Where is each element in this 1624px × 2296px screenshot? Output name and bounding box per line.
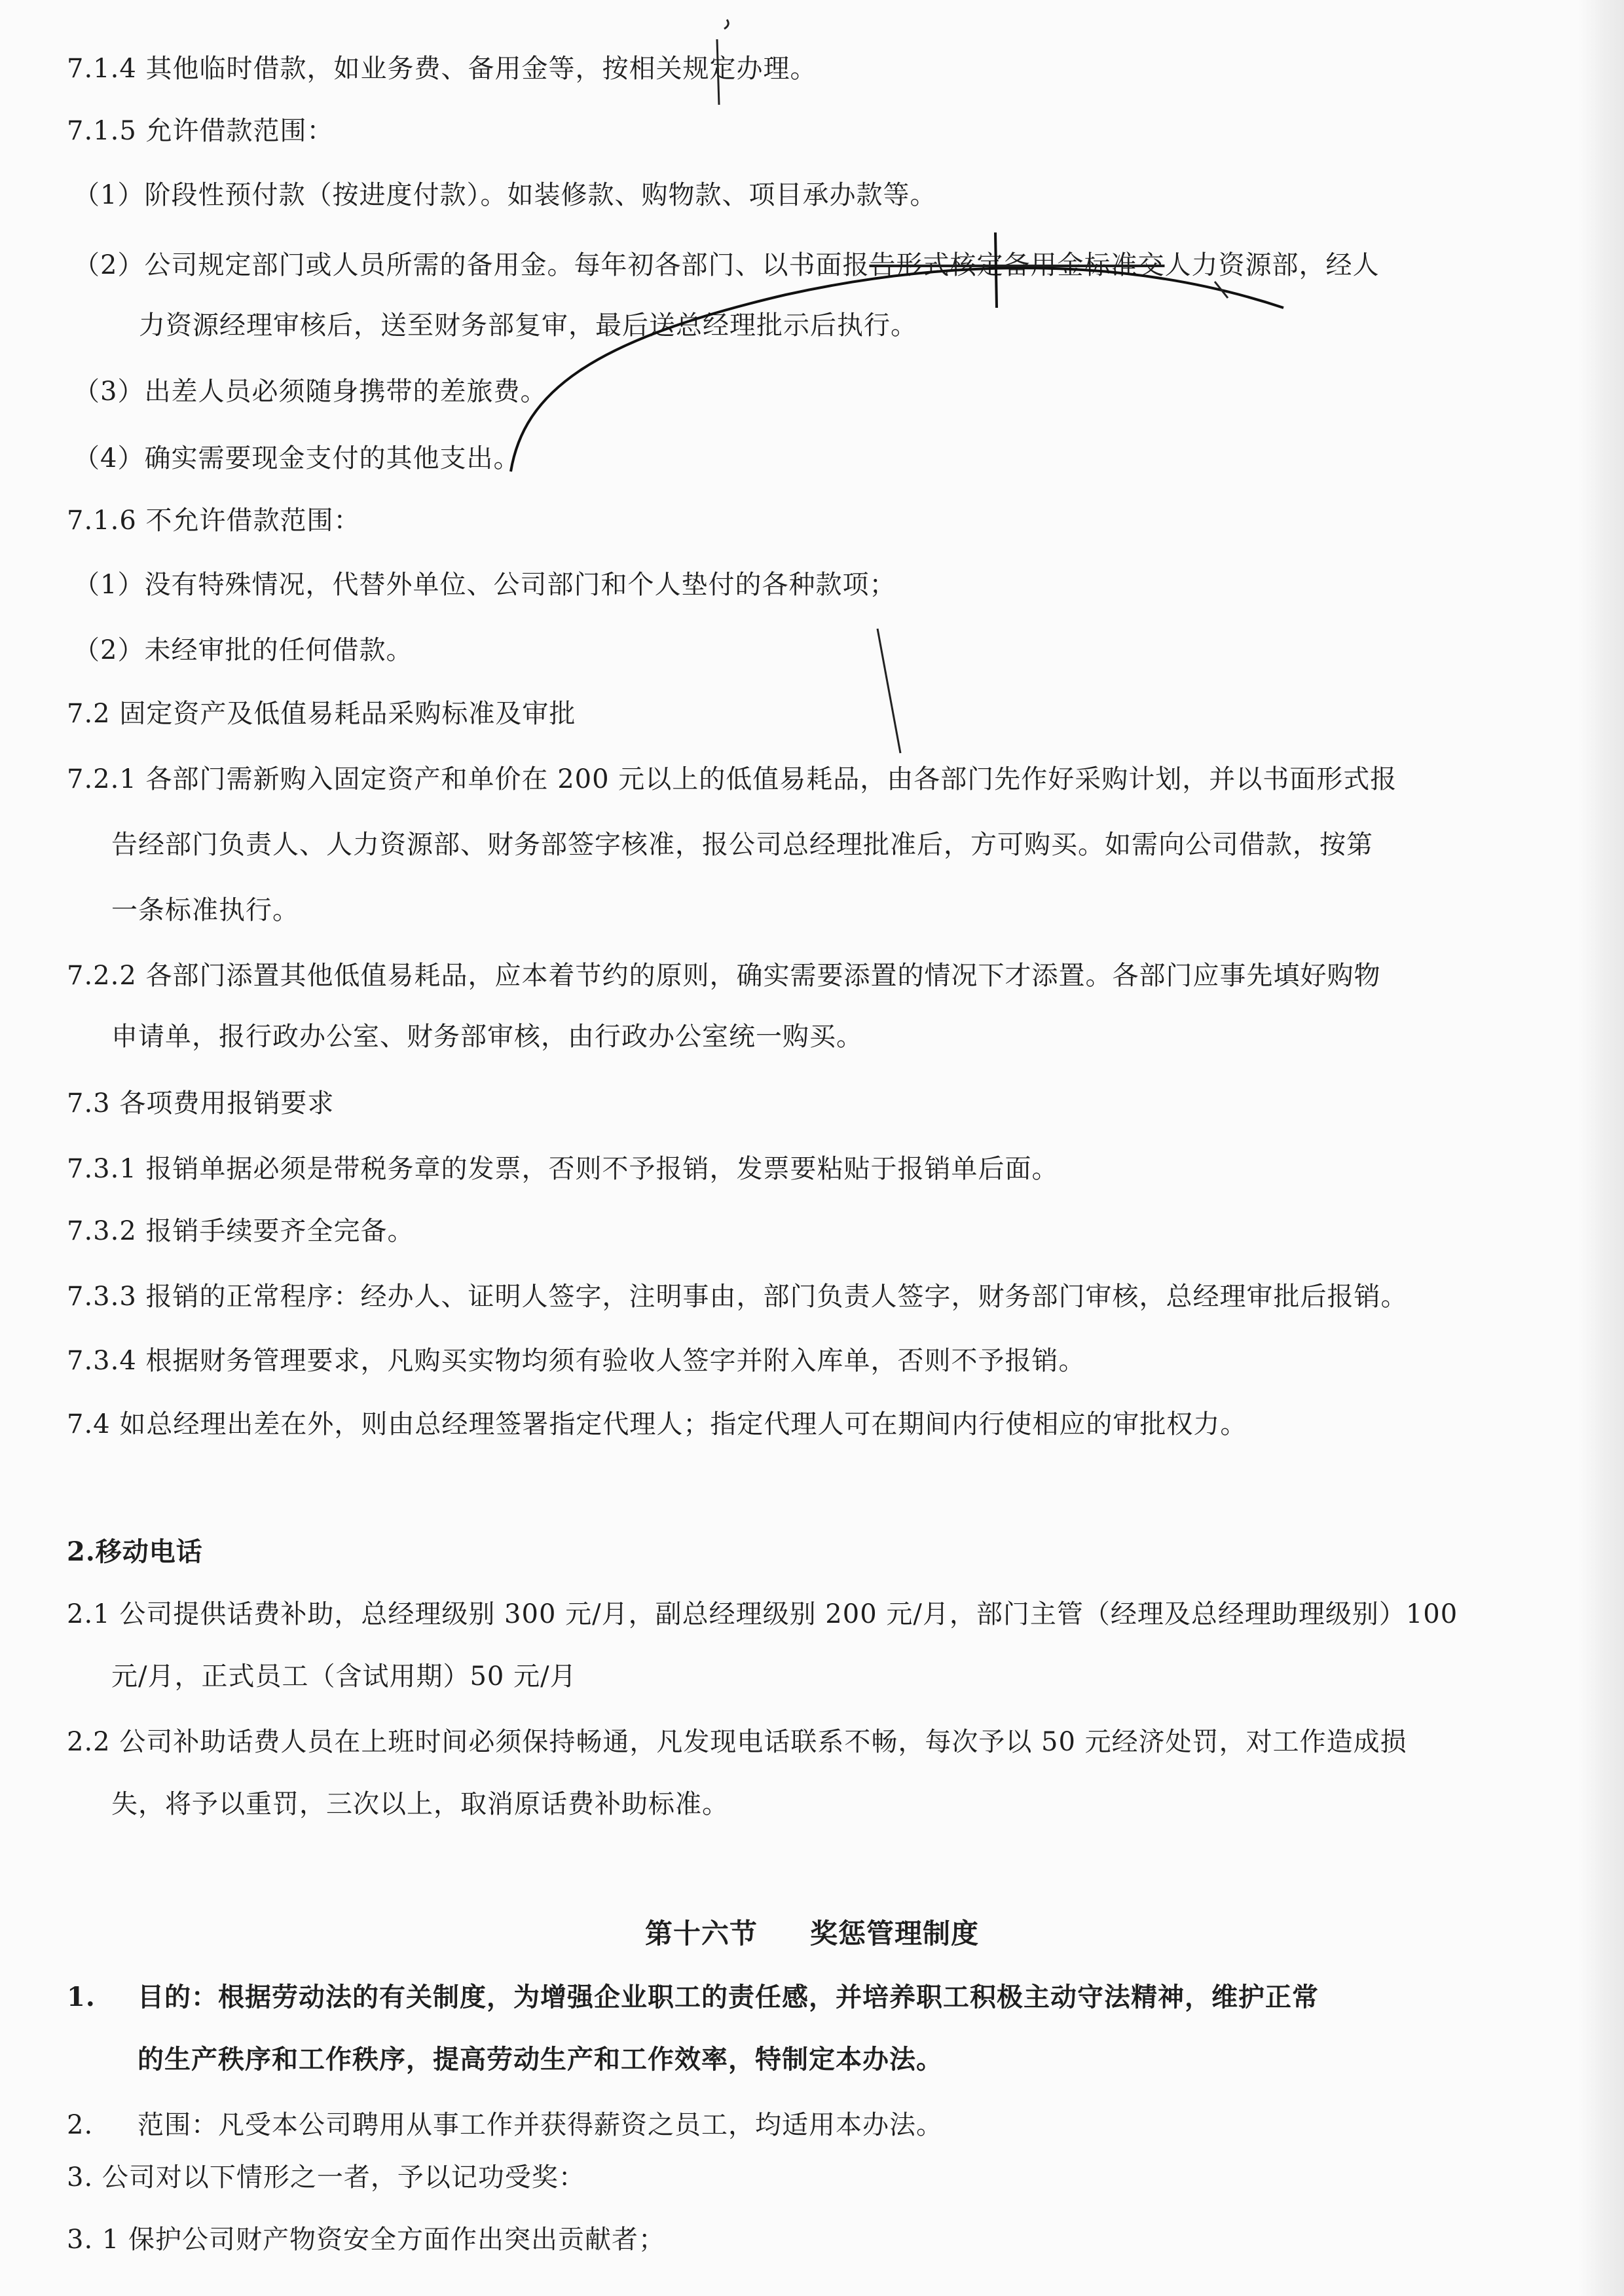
clause-7-3-4: 7.3.4 根据财务管理要求，凡购买实物均须有验收人签字并附入库单，否则不予报销… — [67, 1342, 1086, 1379]
clause-7-1-5-item-2-cont: 力资源经理审核后，送至财务部复审，最后送总经理批示后执行。 — [139, 307, 917, 344]
section-title: 奖惩管理制度 — [810, 1917, 979, 1950]
pen-stroke-mark — [877, 629, 900, 753]
clause-7-1-6-item-1: （1）没有特殊情况，代替外单位、公司部门和个人垫付的各种款项； — [73, 566, 896, 603]
clause-7-4: 7.4 如总经理出差在外，则由总经理签署指定代理人；指定代理人可在期间内行使相应… — [67, 1406, 1247, 1443]
section-heading: 第十六节奖惩管理制度 — [0, 1916, 1624, 1952]
clause-2-2: 2.2 公司补助话费人员在上班时间必须保持畅通，凡发现电话联系不畅，每次予以 5… — [67, 1724, 1407, 1760]
heading-mobile-phone: 2.移动电话 — [67, 1534, 203, 1570]
section-item-2-scope: 范围：凡受本公司聘用从事工作并获得薪资之员工，均适用本办法。 — [138, 2107, 943, 2143]
clause-text: 人力资源部，经人 — [1164, 250, 1379, 280]
clause-7-1-6-item-2: （2）未经审批的任何借款。 — [73, 632, 413, 669]
clause-7-3-2: 7.3.2 报销手续要齐全完备。 — [67, 1213, 415, 1250]
clause-7-1-5-item-1: （1）阶段性预付款（按进度付款）。如装修款、购物款、项目承办款等。 — [73, 177, 936, 213]
clause-7-1-6: 7.1.6 不允许借款范围： — [67, 502, 361, 539]
clause-7-2-2-cont: 申请单，报行政办公室、财务部审核，由行政办公室统一购买。 — [111, 1018, 863, 1055]
clause-2-1: 2.1 公司提供话费补助，总经理级别 300 元/月，副总经理级别 200 元/… — [67, 1596, 1458, 1633]
section-item-1-purpose: 目的：根据劳动法的有关制度，为增强企业职工的责任感，并培养职工积极主动守法精神，… — [138, 1979, 1319, 2016]
section-item-3-1: 3. 1 保护公司财产物资安全方面作出突出贡献者； — [67, 2221, 665, 2258]
section-item-2-number: 2. — [67, 2107, 93, 2143]
clause-text: （2）公司规定部门或人员所需的备用金。每年初各部门、以书面报 — [73, 250, 869, 280]
section-item-3: 3. 公司对以下情形之一者，予以记功受奖： — [67, 2159, 585, 2196]
clause-7-2-2: 7.2.2 各部门添置其他低值易耗品，应本着节约的原则，确实需要添置的情况下才添… — [67, 957, 1381, 994]
clause-7-2-1-cont-2: 一条标准执行。 — [111, 892, 299, 929]
scanned-document-page: 7.1.4 其他临时借款，如业务费、备用金等，按相关规定办理。 7.1.5 允许… — [0, 0, 1624, 2296]
clause-7-1-5: 7.1.5 允许借款范围： — [67, 113, 334, 149]
clause-2-1-cont: 元/月，正式员工（含试用期）50 元/月 — [111, 1658, 577, 1695]
clause-7-2-1: 7.2.1 各部门需新购入固定资产和单价在 200 元以上的低值易耗品，由各部门… — [67, 761, 1397, 798]
pen-arc-mark — [511, 268, 1283, 472]
clause-7-2-1-cont-1: 告经部门负责人、人力资源部、财务部签字核准，报公司总经理批准后，方可购买。如需向… — [111, 826, 1373, 863]
clause-7-1-5-item-4: （4）确实需要现金支付的其他支出。 — [73, 440, 520, 477]
clause-7-1-5-item-3: （3）出差人员必须随身携带的差旅费。 — [73, 373, 547, 410]
pen-dot-mark — [724, 20, 728, 29]
pen-stroke-mark — [1215, 282, 1228, 298]
clause-2-2-cont: 失，将予以重罚，三次以上，取消原话费补助标准。 — [111, 1786, 729, 1823]
section-item-1-number: 1. — [67, 1979, 96, 2016]
clause-7-3: 7.3 各项费用报销要求 — [67, 1085, 334, 1122]
clause-7-1-4: 7.1.4 其他临时借款，如业务费、备用金等，按相关规定办理。 — [67, 50, 817, 87]
clause-7-2: 7.2 固定资产及低值易耗品采购标准及审批 — [67, 695, 576, 732]
struck-through-text: 告形式核定备用金标准交 — [869, 250, 1164, 280]
section-item-1-purpose-cont: 的生产秩序和工作秩序，提高劳动生产和工作效率，特制定本办法。 — [138, 2041, 943, 2078]
clause-7-3-1: 7.3.1 报销单据必须是带税务章的发票，否则不予报销，发票要粘贴于报销单后面。 — [67, 1151, 1059, 1187]
clause-7-1-5-item-2: （2）公司规定部门或人员所需的备用金。每年初各部门、以书面报告形式核定备用金标准… — [73, 247, 1379, 284]
clause-7-3-3: 7.3.3 报销的正常程序：经办人、证明人签字，注明事由，部门负责人签字，财务部… — [67, 1278, 1408, 1315]
section-number: 第十六节 — [645, 1917, 758, 1950]
